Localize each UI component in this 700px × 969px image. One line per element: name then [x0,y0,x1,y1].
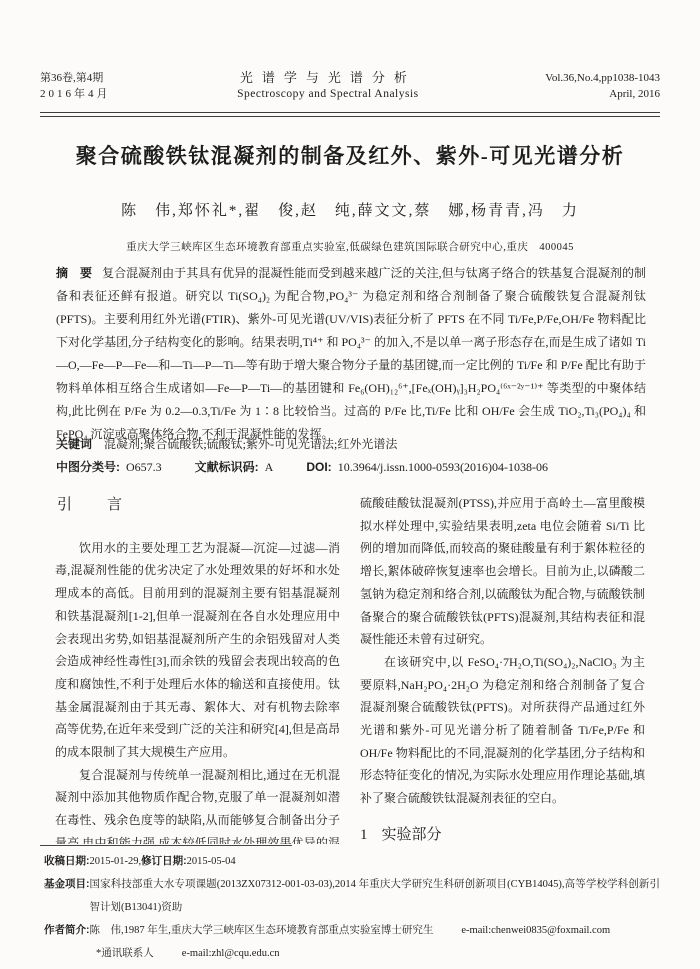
doi-label: DOI: [306,460,331,474]
author-bio-label: 作者简介: [44,919,90,942]
volume-issue-en: Vol.36,No.4,pp1038-1043 [545,70,660,86]
affiliation: 重庆大学三峡库区生态环境教育部重点实验室,低碳绿色建筑国际联合研究中心,重庆 4… [40,239,660,254]
funding-label: 基金项目: [44,873,90,896]
date-cn: 2016年4月 [40,86,111,102]
right-column: 硫酸硅酸钛混凝剂(PTSS),并应用于高岭土—富里酸模拟水样处理中,实验结果表明… [360,492,645,844]
classification-line: 中图分类号:O657.3 文献标识码:A DOI:10.3964/j.issn.… [56,456,646,478]
introduction-heading: 引 言 [57,494,340,517]
keywords-text: 混凝剂;聚合硫酸铁;硫酸钛;紫外-可见光谱法;红外光谱法 [104,437,397,451]
doi-value: 10.3964/j.issn.1000-0593(2016)04-1038-06 [338,460,548,474]
intro-paragraph-2-continued: 硫酸硅酸钛混凝剂(PTSS),并应用于高岭土—富里酸模拟水样处理中,实验结果表明… [360,492,645,651]
issue-info-cn: 第36卷,第4期 2016年4月 [40,70,111,102]
intro-paragraph-3: 在该研究中,以 FeSO₄·7H₂O,Ti(SO₄)₂,NaClO₃ 为主要原料… [360,651,645,810]
funding-row: 基金项目: 国家科技部重大水专项课题(2013ZX07312-001-03-03… [44,873,660,919]
author-bio-row: 作者简介: 陈 伟,1987 年生,重庆大学三峡库区生态环境教育部重点实验室博士… [44,919,660,942]
author-email: e-mail:chenwei0835@foxmail.com [461,919,610,942]
dates-row: 收稿日期: 2015-01-29, 修订日期: 2015-05-04 [44,850,660,873]
revised-date-value: 2015-05-04 [187,850,236,873]
funding-text: 国家科技部重大水专项课题(2013ZX07312-001-03-03),2014… [90,873,661,919]
header-divider [40,112,660,117]
article-title: 聚合硫酸铁钛混凝剂的制备及红外、紫外-可见光谱分析 [40,140,660,170]
journal-header: 第36卷,第4期 2016年4月 光谱学与光谱分析 Spectroscopy a… [40,70,660,102]
footnote-block: 收稿日期: 2015-01-29, 修订日期: 2015-05-04 基金项目:… [44,845,660,965]
left-column: 引 言 饮用水的主要处理工艺为混凝—沉淀—过滤—消毒,混凝剂性能的优劣决定了水处… [55,492,340,844]
author-email-label: e-mail: [461,925,491,936]
journal-name-cn: 光谱学与光谱分析 [111,70,546,86]
clc-label: 中图分类号: [56,460,120,474]
abstract-block: 摘 要复合混凝剂由于其具有优异的混凝性能而受到越来越广泛的关注,但与钛离子络合的… [56,262,646,446]
doc-code-value: A [265,460,274,474]
journal-name-en: Spectroscopy and Spectral Analysis [111,86,546,102]
section-1-heading: 1实验部分 [360,824,645,844]
section-1-title: 实验部分 [382,827,442,843]
clc-value: O657.3 [126,460,162,474]
date-en: April, 2016 [545,86,660,102]
corresponding-email-label: e-mail: [182,948,212,959]
keywords-label: 关键词 [56,437,92,451]
abstract-text: 复合混凝剂由于其具有优异的混凝性能而受到越来越广泛的关注,但与钛离子络合的铁基复… [56,266,646,441]
corresponding-author-text: *通讯联系人 [96,942,154,965]
corresponding-author-row: *通讯联系人 e-mail:zhl@cqu.edu.cn [44,942,660,965]
abstract-label: 摘 要 [56,266,92,280]
footnote-divider [40,845,292,846]
received-date-value: 2015-01-29, [90,850,142,873]
journal-article-page: 第36卷,第4期 2016年4月 光谱学与光谱分析 Spectroscopy a… [0,0,700,969]
volume-issue-cn: 第36卷,第4期 [40,70,111,86]
body-columns: 引 言 饮用水的主要处理工艺为混凝—沉淀—过滤—消毒,混凝剂性能的优劣决定了水处… [55,492,645,844]
revised-date-label: 修订日期: [141,850,187,873]
author-email-value: chenwei0835@foxmail.com [491,925,610,936]
corresponding-author-email: e-mail:zhl@cqu.edu.cn [182,942,280,965]
author-list: 陈 伟,郑怀礼*,翟 俊,赵 纯,薛文文,蔡 娜,杨青青,冯 力 [40,199,660,220]
keywords-block: 关键词混凝剂;聚合硫酸铁;硫酸钛;紫外-可见光谱法;红外光谱法 [56,433,646,455]
received-date-label: 收稿日期: [44,850,90,873]
section-1-number: 1 [360,827,368,843]
intro-paragraph-1: 饮用水的主要处理工艺为混凝—沉淀—过滤—消毒,混凝剂性能的优劣决定了水处理效果的… [55,537,340,764]
author-bio-text: 陈 伟,1987 年生,重庆大学三峡库区生态环境教育部重点实验室博士研究生 [90,919,434,942]
intro-paragraph-2: 复合混凝剂与传统单一混凝剂相比,通过在无机混凝剂中添加其他物质作配合物,克服了单… [55,764,340,844]
journal-name-block: 光谱学与光谱分析 Spectroscopy and Spectral Analy… [111,70,546,102]
doc-code-label: 文献标识码: [195,460,259,474]
corresponding-email-value: zhl@cqu.edu.cn [212,948,280,959]
issue-info-en: Vol.36,No.4,pp1038-1043 April, 2016 [545,70,660,102]
